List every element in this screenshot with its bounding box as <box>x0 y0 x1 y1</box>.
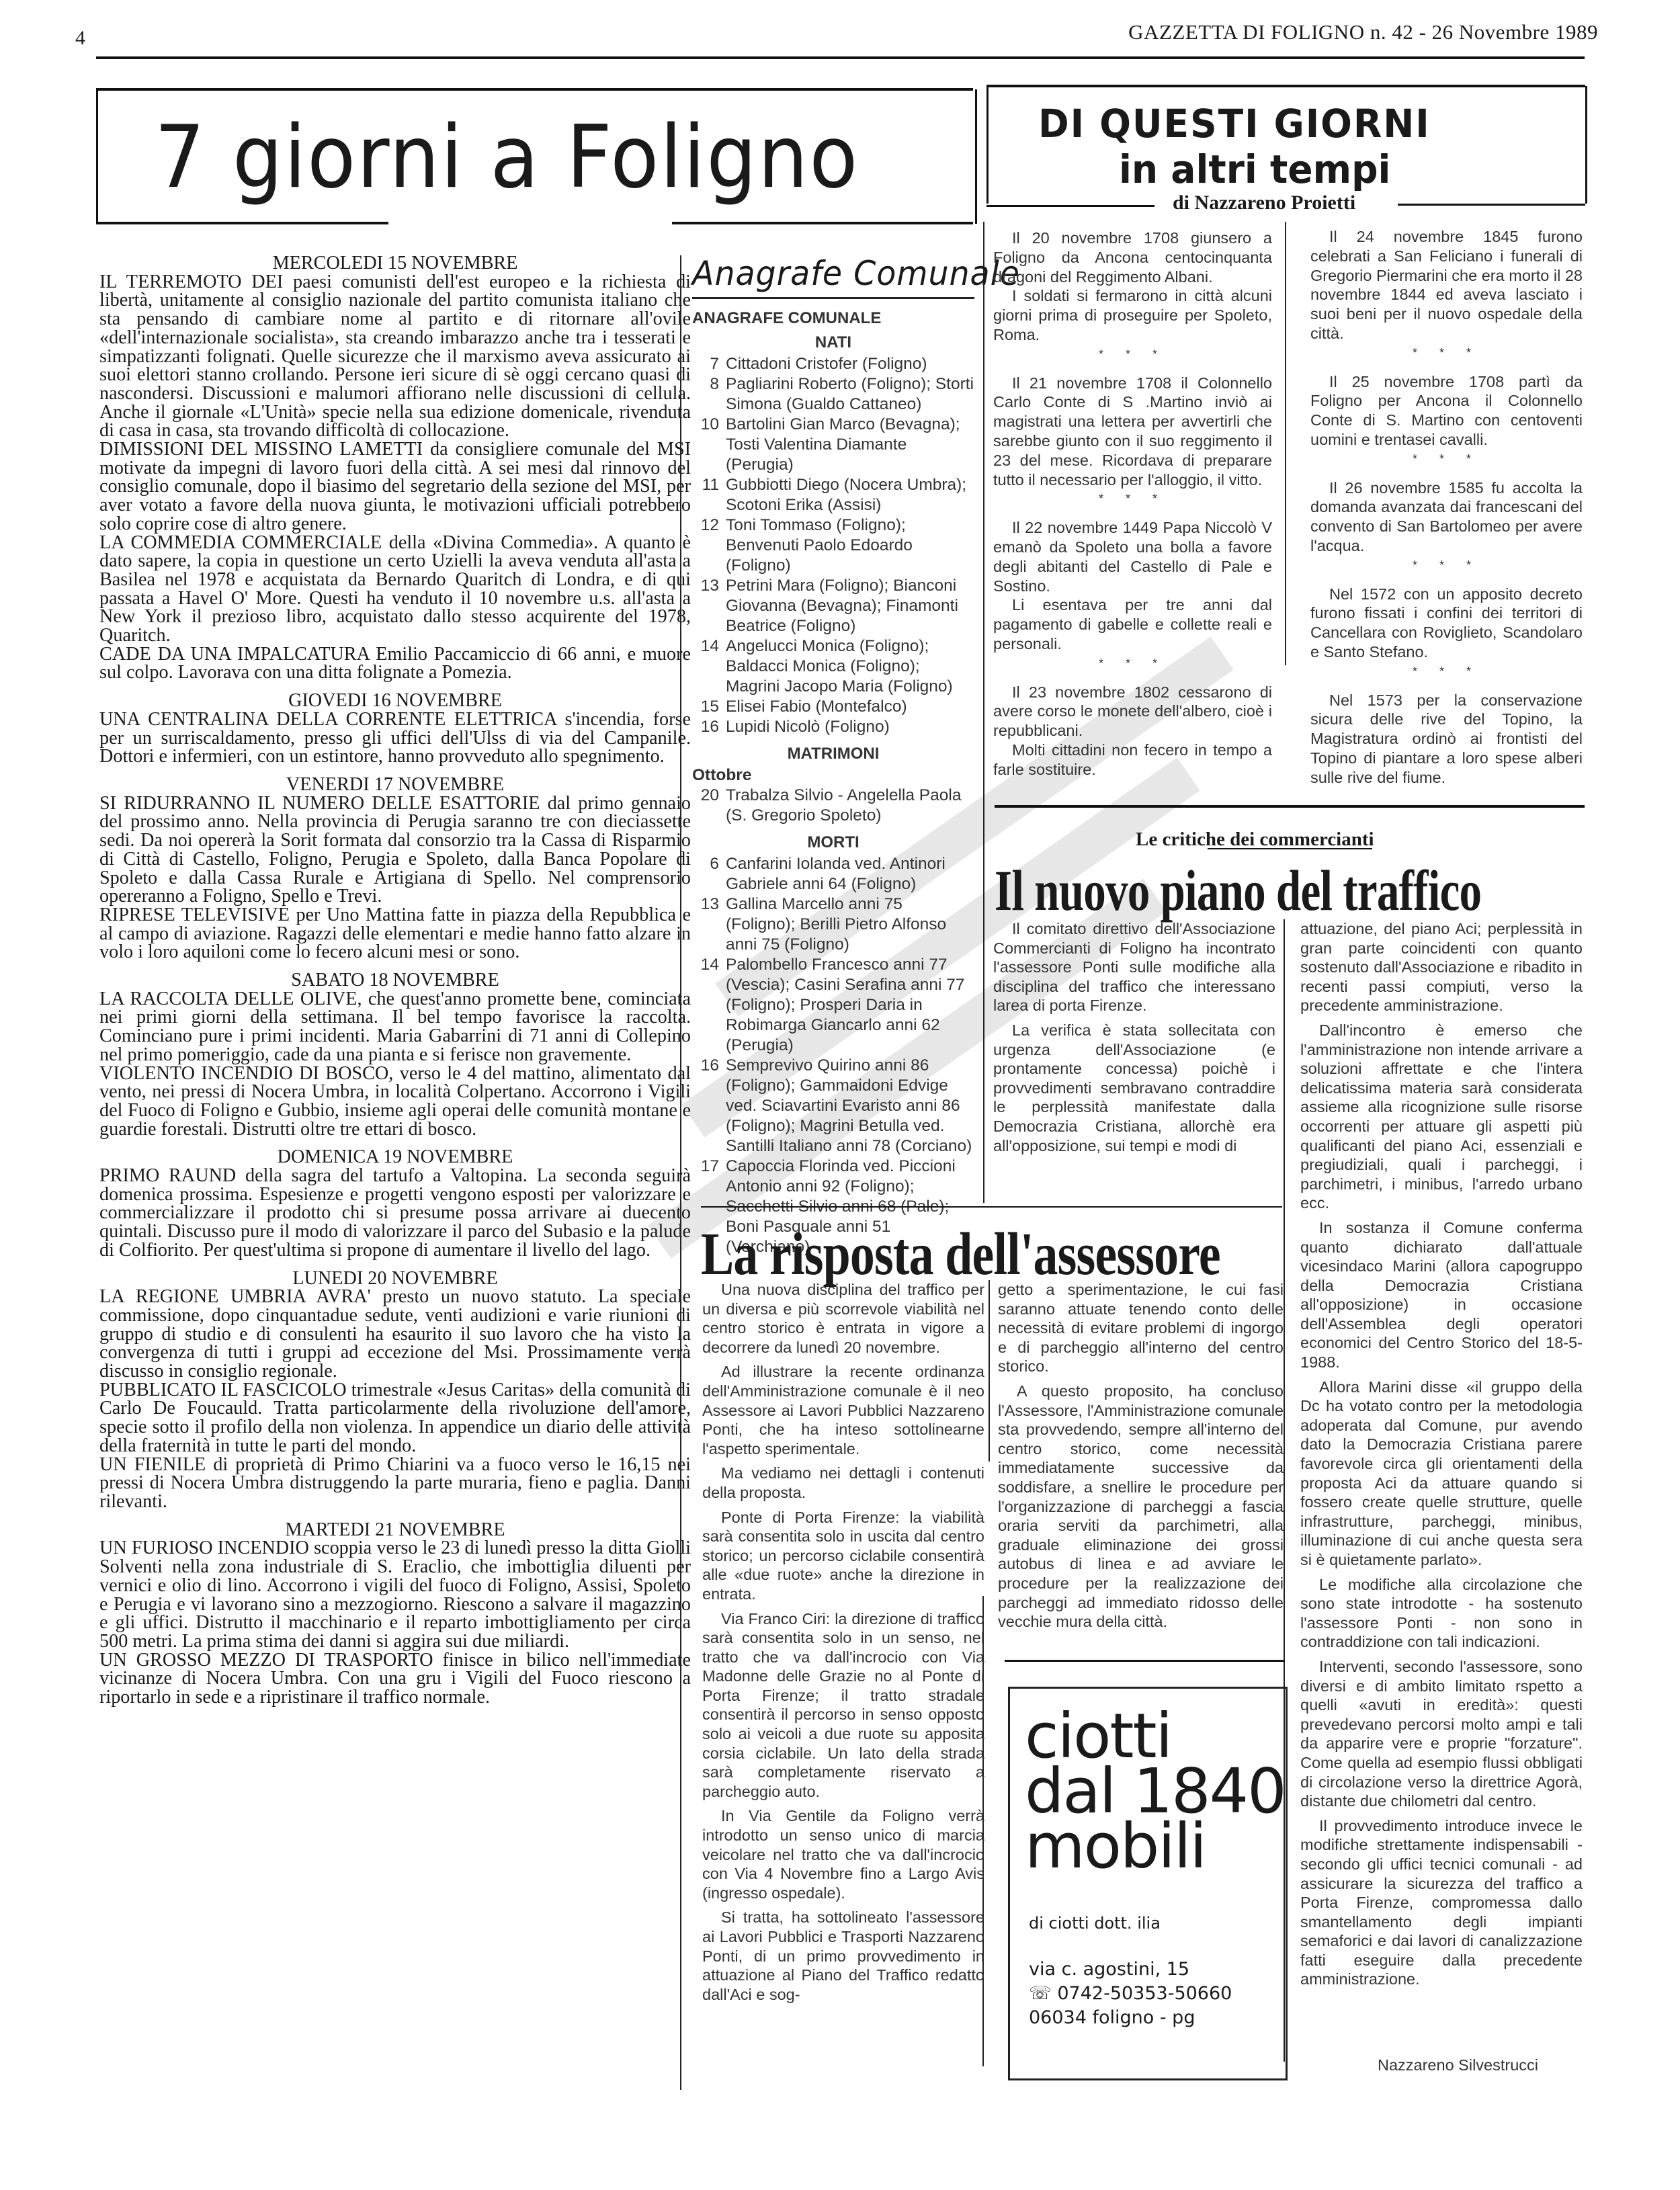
anagrafe-section: Anagrafe Comunale ANAGRAFE COMUNALE NATI… <box>692 254 974 1257</box>
seven-days-column: MERCOLEDI 15 NOVEMBREIL TERREMOTO DEI pa… <box>99 254 691 1707</box>
news-lead: UN FURIOSO INCENDIO <box>99 1538 309 1558</box>
entry-text: Petrini Mara (Foligno); Bianconi Giovann… <box>726 576 974 636</box>
registry-entry: 10Bartolini Gian Marco (Bevagna); Tosti … <box>692 415 974 475</box>
registry-entry: 13Petrini Mara (Foligno); Bianconi Giova… <box>692 576 974 636</box>
column-divider <box>989 1280 990 1462</box>
news-text: paesi comunisti dell'est europeo e la ri… <box>99 271 691 441</box>
article-headline: Il nuovo piano del traffico <box>995 857 1481 924</box>
nati-list: 7Cittadoni Cristofer (Foligno)8Pagliarin… <box>692 354 974 737</box>
risposta-rule <box>701 1206 1282 1208</box>
news-item: LA REGIONE UMBRIA AVRA' presto un nuovo … <box>99 1288 691 1381</box>
entry-day: 14 <box>692 636 726 697</box>
entry-text: Cittadoni Cristofer (Foligno) <box>726 354 974 374</box>
news-lead: UN FIENILE <box>99 1454 206 1475</box>
advertisement-ciotti[interactable]: ciotti dal 1840 mobili di ciotti dott. i… <box>1008 1687 1288 2080</box>
article-paragraph: attuazione, del piano Aci; perplessità i… <box>1300 919 1583 1015</box>
ad-brand: ciotti dal 1840 mobili <box>1025 1709 1286 1874</box>
ad-owner: di ciotti dott. ilia <box>1029 1914 1161 1933</box>
separator-stars: * * * <box>1310 662 1583 681</box>
news-item: LA COMMEDIA COMMERCIALE della «Divina Co… <box>99 534 691 645</box>
entry-text: Pagliarini Roberto (Foligno); Storti Sim… <box>726 374 974 415</box>
entry-day: 8 <box>692 374 726 415</box>
news-lead: CADE DA UNA IMPALCATURA <box>99 644 369 665</box>
entry-text: Trabalza Silvio - Angelella Paola (S. Gr… <box>726 786 974 826</box>
ad-brand-line3: mobili <box>1025 1819 1286 1874</box>
article-headline: La risposta dell'assessore <box>701 1220 1220 1289</box>
article-paragraph: A questo proposito, ha concluso l'Assess… <box>998 1382 1284 1632</box>
entry-day: 15 <box>692 697 726 717</box>
anagrafe-body: ANAGRAFE COMUNALE NATI 7Cittadoni Cristo… <box>692 308 974 1257</box>
dqg-byline-rule-right <box>1398 204 1585 206</box>
ad-address: via c. agostini, 15 <box>1029 1957 1232 1982</box>
article-paragraph: Le modifiche alla circolazione che sono … <box>1300 1575 1583 1652</box>
entry-text: Elisei Fabio (Montefalco) <box>726 697 974 717</box>
entry-text: Gubbiotti Diego (Nocera Umbra); Scotoni … <box>726 475 974 515</box>
history-paragraph: Il 23 novembre 1802 cessarono di avere c… <box>993 683 1272 741</box>
day-heading: MERCOLEDI 15 NOVEMBRE <box>99 254 691 273</box>
news-lead: SI RIDURRANNO IL NUMERO DELLE ESATTORIE <box>99 793 540 814</box>
news-item: UNA CENTRALINA DELLA CORRENTE ELETTRICA … <box>99 710 691 766</box>
registry-entry: 8Pagliarini Roberto (Foligno); Storti Si… <box>692 374 974 415</box>
news-item: DIMISSIONI DEL MISSINO LAMETTI da consig… <box>99 440 691 534</box>
entry-day: 13 <box>692 576 726 636</box>
news-item: UN FIENILE di proprietà di Primo Chiarin… <box>99 1456 691 1511</box>
history-paragraph: Il 25 novembre 1708 partì da Foligno per… <box>1310 372 1583 450</box>
article-paragraph: La verifica è stata sollecitata con urge… <box>993 1021 1275 1155</box>
entry-day: 16 <box>692 1056 726 1156</box>
entry-day: 11 <box>692 475 726 515</box>
entry-text: Palombello Francesco anni 77 (Vescia); C… <box>726 955 974 1056</box>
article-paragraph: In sostanza il Comune conferma quanto di… <box>1300 1218 1583 1372</box>
history-paragraph: Nel 1572 con un apposito decreto furono … <box>1310 585 1583 662</box>
news-lead: LA COMMEDIA COMMERCIALE <box>99 532 382 553</box>
ad-phone: 0742-50353-50660 <box>1057 1983 1232 2004</box>
article-paragraph: Via Franco Ciri: la direzione di traffic… <box>702 1609 984 1802</box>
registry-entry: 16Semprevivo Quirino anni 86 (Foligno); … <box>692 1056 974 1156</box>
entry-text: Lupidi Nicolò (Foligno) <box>726 717 974 737</box>
risposta-column-2: getto a sperimentazione, le cui fasi sar… <box>998 1280 1284 1637</box>
registry-entry: 16Lupidi Nicolò (Foligno) <box>692 717 974 737</box>
news-lead: DIMISSIONI DEL MISSINO LAMETTI <box>99 439 423 460</box>
dqg-byline: di Nazzareno Proietti <box>1173 192 1355 214</box>
separator-stars: * * * <box>993 345 1272 364</box>
day-heading: DOMENICA 19 NOVEMBRE <box>99 1148 691 1167</box>
article-paragraph: Allora Marini disse «il gruppo della Dc … <box>1300 1378 1583 1570</box>
entry-day: 20 <box>692 786 726 826</box>
article-paragraph: Dall'incontro è emerso che l'amministraz… <box>1300 1021 1583 1213</box>
registry-entry: 7Cittadoni Cristofer (Foligno) <box>692 354 974 374</box>
dqg-title-line1: DI QUESTI GIORNI <box>1038 101 1431 146</box>
entry-text: Canfarini Iolanda ved. Antinori Gabriele… <box>726 854 974 894</box>
news-item: RIPRESE TELEVISIVE per Uno Mattina fatte… <box>99 906 691 962</box>
news-lead: UNA CENTRALINA DELLA CORRENTE ELETTRICA <box>99 709 556 730</box>
day-heading: SABATO 18 NOVEMBRE <box>99 971 691 990</box>
title-box-bottom-left <box>96 222 388 224</box>
title-box-bottom-right <box>672 222 973 224</box>
phone-icon: ☏ <box>1029 1983 1052 2004</box>
article-signature: Nazzareno Silvestrucci <box>1378 2056 1538 2074</box>
matrimoni-heading: MATRIMONI <box>692 744 974 764</box>
news-lead: IL TERREMOTO DEI <box>99 271 283 292</box>
entry-text: Angelucci Monica (Foligno); Baldacci Mon… <box>726 636 974 697</box>
day-heading: LUNEDI 20 NOVEMBRE <box>99 1269 691 1288</box>
news-item: SI RIDURRANNO IL NUMERO DELLE ESATTORIE … <box>99 794 691 906</box>
ad-top-rule <box>1005 1660 1284 1662</box>
header-rule <box>96 56 1585 59</box>
news-lead: LA REGIONE UMBRIA AVRA' <box>99 1286 371 1307</box>
column-divider <box>680 255 681 2090</box>
matrimoni-month: Ottobre <box>692 765 974 786</box>
nati-heading: NATI <box>692 333 974 353</box>
news-item: CADE DA UNA IMPALCATURA Emilio Paccamicc… <box>99 645 691 682</box>
registry-entry: 13Gallina Marcello anni 75 (Foligno); Be… <box>692 894 974 955</box>
ad-city: 06034 foligno - pg <box>1029 2006 1232 2030</box>
news-item: PUBBLICATO IL FASCICOLO trimestrale «Jes… <box>99 1381 691 1456</box>
separator-stars: * * * <box>993 489 1272 509</box>
article-paragraph: In Via Gentile da Foligno verrà introdot… <box>702 1806 984 1902</box>
column-divider <box>1285 222 1286 665</box>
history-paragraph: Il 22 novembre 1449 Papa Niccolò V emanò… <box>993 518 1272 595</box>
news-lead: PUBBLICATO IL FASCICOLO <box>99 1380 347 1400</box>
separator-stars: * * * <box>993 654 1272 673</box>
matrimoni-list: 20Trabalza Silvio - Angelella Paola (S. … <box>692 786 974 826</box>
registry-entry: 14Angelucci Monica (Foligno); Baldacci M… <box>692 636 974 697</box>
anagrafe-title: Anagrafe Comunale <box>692 254 960 293</box>
history-paragraph: Il 20 novembre 1708 giunsero a Foligno d… <box>993 228 1272 286</box>
history-paragraph: Il 26 novembre 1585 fu accolta la domand… <box>1310 478 1583 556</box>
kicker-rule <box>1208 848 1372 849</box>
entry-day: 13 <box>692 894 726 955</box>
day-heading: VENERDI 17 NOVEMBRE <box>99 775 691 794</box>
news-lead: UN GROSSO MEZZO DI TRASPORTO <box>99 1650 433 1671</box>
news-lead: VIOLENTO INCENDIO DI BOSCO <box>99 1063 388 1084</box>
article-paragraph: Ponte di Porta Firenze: la viabilità sar… <box>702 1508 984 1604</box>
history-column-1: Il 20 novembre 1708 giunsero a Foligno d… <box>993 228 1272 780</box>
registry-entry: 15Elisei Fabio (Montefalco) <box>692 697 974 717</box>
entry-day: 10 <box>692 415 726 475</box>
registry-entry: 12Toni Tommaso (Foligno); Benvenuti Paol… <box>692 515 974 576</box>
page-number: 4 <box>75 27 85 50</box>
article-paragraph: Ad illustrare la recente ordinanza dell'… <box>702 1362 984 1458</box>
history-paragraph: Molti cittadini non fecero in tempo a fa… <box>993 741 1272 780</box>
column-divider <box>983 222 984 1203</box>
history-paragraph: Nel 1573 per la conservazione sicura del… <box>1310 691 1583 788</box>
entry-day: 12 <box>692 515 726 576</box>
registry-entry: 6Canfarini Iolanda ved. Antinori Gabriel… <box>692 854 974 894</box>
dqg-title-line2: in altri tempi <box>1119 146 1390 192</box>
history-paragraph: Il 24 novembre 1845 furono celebrati a S… <box>1310 227 1583 343</box>
news-lead: PRIMO RAUND <box>99 1165 236 1186</box>
separator-stars: * * * <box>1310 556 1583 575</box>
news-lead: LA RACCOLTA DELLE OLIVE <box>99 988 357 1009</box>
day-heading: GIOVEDI 16 NOVEMBRE <box>99 691 691 710</box>
section-rule <box>995 805 1585 808</box>
entry-text: Bartolini Gian Marco (Bevagna); Tosti Va… <box>726 415 974 475</box>
separator-stars: * * * <box>1310 450 1583 469</box>
registry-entry: 20Trabalza Silvio - Angelella Paola (S. … <box>692 786 974 826</box>
entry-text: Semprevivo Quirino anni 86 (Foligno); Ga… <box>726 1056 974 1156</box>
anagrafe-rule <box>692 297 974 299</box>
news-item: UN GROSSO MEZZO DI TRASPORTO finisce in … <box>99 1651 691 1707</box>
entry-day: 6 <box>692 854 726 894</box>
article-paragraph: Ma vediamo nei dettagli i contenuti dell… <box>702 1464 984 1502</box>
news-item: IL TERREMOTO DEI paesi comunisti dell'es… <box>99 273 691 440</box>
ad-phone-row: ☏ 0742-50353-50660 <box>1029 1982 1232 2006</box>
section-title: 7 giorni a Foligno <box>155 108 859 208</box>
anagrafe-subtitle: ANAGRAFE COMUNALE <box>692 308 974 329</box>
article-paragraph: getto a sperimentazione, le cui fasi sar… <box>998 1280 1284 1376</box>
day-heading: MARTEDI 21 NOVEMBRE <box>99 1521 691 1540</box>
separator-stars: * * * <box>1310 343 1583 363</box>
news-item: PRIMO RAUND della sagra del tartufo a Va… <box>99 1167 691 1260</box>
history-column-2: Il 24 novembre 1845 furono celebrati a S… <box>1310 227 1583 788</box>
article-paragraph: Il comitato direttivo dell'Associazione … <box>993 919 1275 1015</box>
history-paragraph: Li esentava per tre anni dal pagamento d… <box>993 595 1272 653</box>
masthead: GAZZETTA DI FOLIGNO n. 42 - 26 Novembre … <box>1128 20 1598 44</box>
traffico-column-1: Il comitato direttivo dell'Associazione … <box>993 919 1275 1161</box>
entry-day: 7 <box>692 354 726 374</box>
morti-list: 6Canfarini Iolanda ved. Antinori Gabriel… <box>692 854 974 1257</box>
news-item: UN FURIOSO INCENDIO scoppia verso le 23 … <box>99 1539 691 1650</box>
morti-heading: MORTI <box>692 833 974 853</box>
entry-text: Gallina Marcello anni 75 (Foligno); Beri… <box>726 894 974 955</box>
article-paragraph: Il provvedimento introduce invece le mod… <box>1300 1816 1583 1989</box>
dqg-byline-rule-left <box>986 205 1154 207</box>
entry-day: 16 <box>692 717 726 737</box>
article-paragraph: Si tratta, ha sottolineato l'assessore a… <box>702 1908 984 2004</box>
registry-entry: 14Palombello Francesco anni 77 (Vescia);… <box>692 955 974 1056</box>
risposta-column-1: Una nuova disciplina del traffico per un… <box>702 1280 984 2009</box>
entry-day: 14 <box>692 955 726 1056</box>
history-paragraph: Il 21 novembre 1708 il Colonnello Carlo … <box>993 374 1272 490</box>
article-paragraph: Una nuova disciplina del traffico per un… <box>702 1280 984 1357</box>
registry-entry: 11Gubbiotti Diego (Nocera Umbra); Scoton… <box>692 475 974 515</box>
history-paragraph: I soldati si fermarono in città alcuni g… <box>993 286 1272 344</box>
article-paragraph: Interventi, secondo l'assessore, sono di… <box>1300 1657 1583 1811</box>
news-lead: RIPRESE TELEVISIVE <box>99 904 290 925</box>
ad-contact: via c. agostini, 15 ☏ 0742-50353-50660 0… <box>1029 1957 1232 2030</box>
traffico-column-2: attuazione, del piano Aci; perplessità i… <box>1300 919 1583 1994</box>
news-item: VIOLENTO INCENDIO DI BOSCO, verso le 4 d… <box>99 1064 691 1139</box>
entry-text: Toni Tommaso (Foligno); Benvenuti Paolo … <box>726 515 974 576</box>
news-item: LA RACCOLTA DELLE OLIVE, che quest'anno … <box>99 990 691 1064</box>
